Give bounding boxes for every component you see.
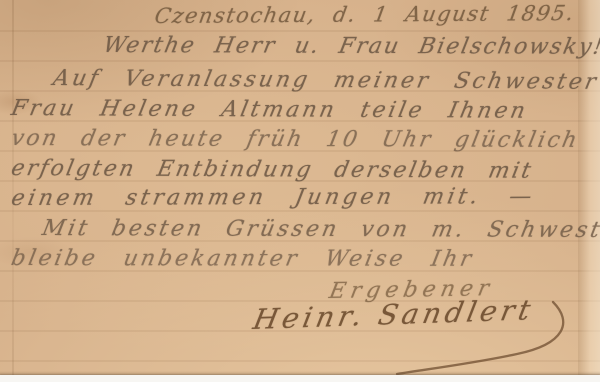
- dateline: Czenstochau, d. 1 August 1895.: [153, 1, 577, 28]
- salutation: Werthe Herr u. Frau Bielschowsky!: [101, 33, 600, 60]
- body-line-6: Mit besten Grüssen von m. Schwester: [40, 216, 600, 243]
- body-line-1: Auf Veranlassung meiner Schwester: [51, 66, 600, 95]
- scan-edge-bottom: [0, 375, 600, 382]
- scanned-letter: Czenstochau, d. 1 August 1895. Werthe He…: [0, 0, 600, 382]
- body-line-5: einem strammen Jungen mit. —: [9, 184, 537, 211]
- body-line-2: Frau Helene Altmann teile Ihnen: [9, 96, 530, 124]
- body-line-7: bleibe unbekannter Weise Ihr: [9, 246, 476, 272]
- body-line-4: erfolgten Entbindung derselben mit: [9, 156, 535, 184]
- body-line-3: von der heute früh 10 Uhr glücklich: [9, 126, 581, 153]
